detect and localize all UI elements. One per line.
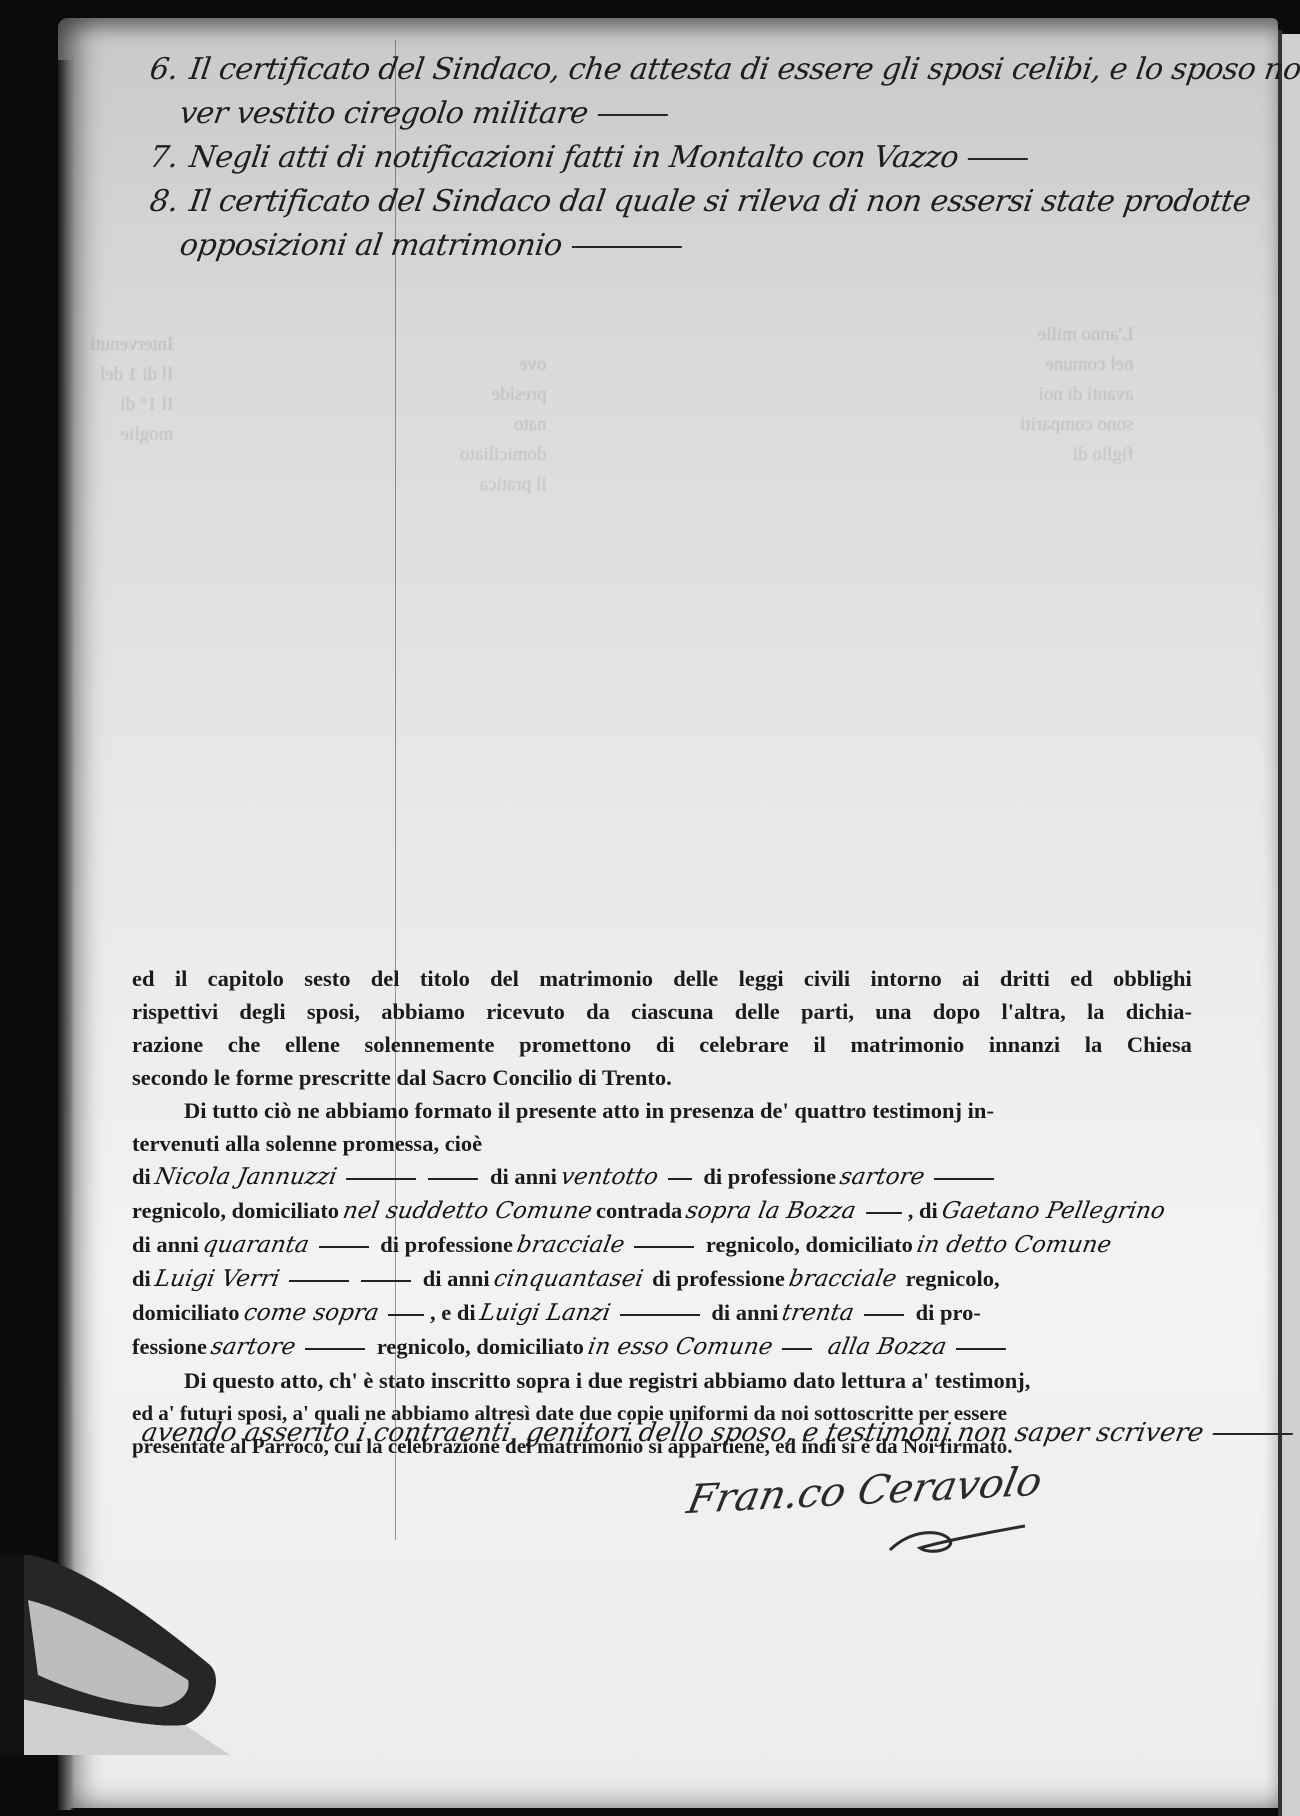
fill-rule — [289, 1280, 349, 1282]
fill-rule — [361, 1280, 411, 1282]
printed-word: leggi — [739, 962, 784, 995]
bleed-line: L'anno mille — [1020, 320, 1133, 350]
printed-word: obblighi — [1113, 962, 1192, 995]
witness-4-domicile: in esso Comune — [581, 1331, 779, 1364]
label-regnicolo-domiciliato: regnicolo, domiciliato — [706, 1232, 913, 1257]
printed-line: rispettivideglisposi,abbiamoricevutodaci… — [132, 995, 1192, 1028]
label-di: di — [132, 1266, 151, 1291]
printed-word: degli — [239, 995, 285, 1028]
annotation-7: 7.Negli atti di notificazioni fatti in M… — [147, 136, 1263, 180]
witness-2-profession: bracciale — [510, 1229, 631, 1262]
printed-word: dritti — [1000, 962, 1050, 995]
annotation-number: 7. — [148, 140, 181, 175]
printed-word: la — [1085, 1028, 1103, 1061]
printed-word: promettono — [519, 1028, 631, 1061]
printed-line: Di tutto ciò ne abbiamo formato il prese… — [132, 1094, 1192, 1127]
witness-line-1: diNicola Jannuzzi di anniventotto di pro… — [132, 1160, 1192, 1194]
label-di-professione: di professione — [652, 1266, 785, 1291]
annotation-text: Il certificato del Sindaco, che attesta … — [187, 52, 1300, 87]
witness-2-age: quaranta — [196, 1229, 316, 1262]
printed-word: dichia- — [1126, 995, 1192, 1028]
bleed-through-left: Intervenuti Il di 1 del Il 1° di moglie — [90, 330, 173, 450]
printed-line: tervenuti alla solenne promessa, cioè — [132, 1127, 1192, 1160]
annotation-text: Il certificato del Sindaco dal quale si … — [187, 184, 1252, 219]
witness-4-age: trenta — [775, 1297, 860, 1330]
annotation-6: 6.Il certificato del Sindaco, che attest… — [147, 48, 1263, 92]
closing-text: avendo asserito i contraenti, genitori d… — [139, 1418, 1206, 1448]
printed-line: secondo le forme prescritte dal Sacro Co… — [132, 1061, 1192, 1094]
fill-rule — [620, 1314, 700, 1316]
printed-word: innanzi — [989, 1028, 1060, 1061]
witness-line-5: regnicolo, domiciliatodomiciliatocome so… — [132, 1296, 1192, 1330]
witness-1-contrada: sopra la Bozza — [679, 1195, 862, 1228]
printed-word: di — [656, 1028, 675, 1061]
bleed-line: figlio di — [1020, 440, 1133, 470]
witness-1-name: Nicola Jannuzzi — [148, 1161, 343, 1194]
label-regnicolo: regnicolo, — [906, 1266, 1000, 1291]
bleed-line: avanti di noi — [1020, 380, 1133, 410]
bleed-line: preside — [460, 380, 547, 410]
bleed-line: domiciliato — [460, 440, 547, 470]
witness-3-domicile: come sopra — [237, 1297, 385, 1330]
bleed-line: sono compariti — [1020, 410, 1133, 440]
fill-rule — [634, 1246, 694, 1248]
printed-word: matrimonio — [539, 962, 653, 995]
handwritten-dash — [597, 114, 667, 116]
bleed-line: Intervenuti — [90, 330, 173, 360]
printed-form-body: edilcapitolosestodeltitolodelmatrimoniod… — [132, 962, 1192, 1463]
fill-rule — [864, 1314, 904, 1316]
fill-rule — [866, 1212, 902, 1214]
witness-4-name: Luigi Lanzi — [473, 1297, 617, 1330]
fill-rule — [346, 1178, 416, 1180]
adjacent-page-edge — [1282, 34, 1300, 1816]
printed-word: la — [1087, 995, 1105, 1028]
annotation-8-continued: opposizioni al matrimonio — [147, 224, 1263, 268]
label-di-professione: di professione — [380, 1232, 513, 1257]
fill-rule — [668, 1178, 692, 1180]
witness-line-6: fessionesartore regnicolo, domiciliatoin… — [132, 1330, 1192, 1364]
annotation-text: Negli atti di notificazioni fatti in Mon… — [187, 140, 960, 175]
label-e-di: , e di — [430, 1300, 476, 1325]
bleed-line: il pratica — [460, 470, 547, 500]
annotation-text: opposizioni al matrimonio — [178, 228, 565, 263]
printed-word: intorno — [870, 962, 941, 995]
printed-line: edilcapitolosestodeltitolodelmatrimoniod… — [132, 962, 1192, 995]
label-di-anni: di anni — [490, 1164, 557, 1189]
printed-word: capitolo — [208, 962, 284, 995]
printed-word: da — [586, 995, 610, 1028]
bleed-line: moglie — [90, 420, 173, 450]
witness-2-name: Gaetano Pellegrino — [935, 1195, 1172, 1228]
label-regnicolo-domiciliato: regnicolo, domiciliato — [377, 1334, 584, 1359]
annotation-6-continued: ver vestito ciregolo militare — [147, 92, 1263, 136]
page-binding-shadow — [58, 60, 74, 1810]
printed-word: ed — [1070, 962, 1093, 995]
label-di-anni: di anni — [132, 1232, 199, 1257]
printed-word: civili — [804, 962, 850, 995]
witness-1-age: ventotto — [554, 1161, 665, 1194]
annotation-number: 6. — [148, 52, 181, 87]
printed-word: razione — [132, 1028, 203, 1061]
bleed-line: nato — [460, 410, 547, 440]
fill-rule — [782, 1348, 812, 1350]
printed-word: delle — [735, 995, 780, 1028]
label-di-pro: di pro- — [916, 1300, 981, 1325]
printed-word: matrimonio — [850, 1028, 964, 1061]
annotation-8: 8.Il certificato del Sindaco dal quale s… — [147, 180, 1263, 224]
witness-1-domicile: nel suddetto Comune — [336, 1195, 599, 1228]
fill-rule — [428, 1178, 478, 1180]
printed-word: rispettivi — [132, 995, 218, 1028]
printed-word: ricevuto — [486, 995, 565, 1028]
label-di: di — [919, 1198, 938, 1223]
label-di-anni: di anni — [711, 1300, 778, 1325]
annotation-text: ver vestito ciregolo militare — [178, 96, 591, 131]
handwritten-dash — [1213, 1433, 1293, 1435]
closing-handwritten-note: avendo asserito i contraenti, genitori d… — [139, 1418, 1296, 1448]
printed-line: razionecheellenesolennementepromettonodi… — [132, 1028, 1192, 1061]
witness-3-age: cinquantasei — [487, 1263, 650, 1296]
fill-rule — [305, 1348, 365, 1350]
label-di-professione: di professione — [703, 1164, 836, 1189]
printed-word: Chiesa — [1127, 1028, 1192, 1061]
label-regnicolo-domiciliato: regnicolo, domiciliato — [132, 1198, 339, 1223]
printed-word: l'altra, — [1001, 995, 1065, 1028]
fill-rule — [319, 1246, 369, 1248]
printed-word: ellene — [285, 1028, 340, 1061]
printed-word: ciascuna — [631, 995, 714, 1028]
printed-word: una — [875, 995, 911, 1028]
page-damage-tear-icon — [0, 1555, 230, 1755]
document-page — [58, 18, 1278, 1808]
bleed-line: Il di 1 del — [90, 360, 173, 390]
handwritten-dash — [571, 246, 681, 248]
annotation-number: 8. — [148, 184, 181, 219]
bleed-line: nel comune — [1020, 350, 1133, 380]
witness-line-4: diLuigi Verri di annicinquantasei di pro… — [132, 1262, 1192, 1296]
witness-4-profession: sartore — [204, 1331, 302, 1364]
printed-word: delle — [673, 962, 718, 995]
printed-word: celebrare — [699, 1028, 789, 1061]
bleed-through-middle: ove preside nato domiciliato il pratica — [460, 350, 547, 500]
printed-word: del — [490, 962, 519, 995]
handwritten-dash — [968, 158, 1028, 160]
witness-line-3: di anniquaranta di professionebracciale … — [132, 1228, 1192, 1262]
label-di-anni: di anni — [423, 1266, 490, 1291]
printed-word: ai — [962, 962, 980, 995]
bleed-line: ove — [460, 350, 547, 380]
fill-rule — [956, 1348, 1006, 1350]
printed-word: parti, — [801, 995, 854, 1028]
witness-4-locality: alla Bozza — [821, 1331, 953, 1364]
printed-word: titolo — [420, 962, 470, 995]
printed-word: sesto — [304, 962, 350, 995]
handwritten-annotations: 6.Il certificato del Sindaco, che attest… — [150, 48, 1260, 268]
printed-word: solennemente — [365, 1028, 495, 1061]
witness-line-2: regnicolo, domiciliatonel suddetto Comun… — [132, 1194, 1192, 1228]
bleed-through-right: L'anno mille nel comune avanti di noi so… — [1020, 320, 1133, 470]
label-fessione: fessione — [132, 1334, 207, 1359]
witness-1-profession: sartore — [833, 1161, 931, 1194]
label-di: di — [132, 1164, 151, 1189]
fill-rule — [934, 1178, 994, 1180]
printed-word: ed — [132, 962, 155, 995]
witness-3-profession: bracciale — [782, 1263, 903, 1296]
printed-word: del — [371, 962, 400, 995]
printed-word: sposi, — [307, 995, 360, 1028]
witness-2-domicile: in detto Comune — [910, 1229, 1118, 1262]
printed-word: dopo — [933, 995, 981, 1028]
printed-word: il — [813, 1028, 826, 1061]
witness-3-name: Luigi Verri — [148, 1263, 286, 1296]
bleed-line: Il 1° di — [90, 390, 173, 420]
fill-rule — [388, 1314, 424, 1316]
label-contrada: contrada — [596, 1198, 682, 1223]
printed-line: Di questo atto, ch' è stato inscritto so… — [132, 1364, 1192, 1397]
printed-word: il — [175, 962, 188, 995]
printed-word: che — [228, 1028, 261, 1061]
signature-flourish-icon — [880, 1520, 1030, 1560]
printed-word: abbiamo — [381, 995, 465, 1028]
